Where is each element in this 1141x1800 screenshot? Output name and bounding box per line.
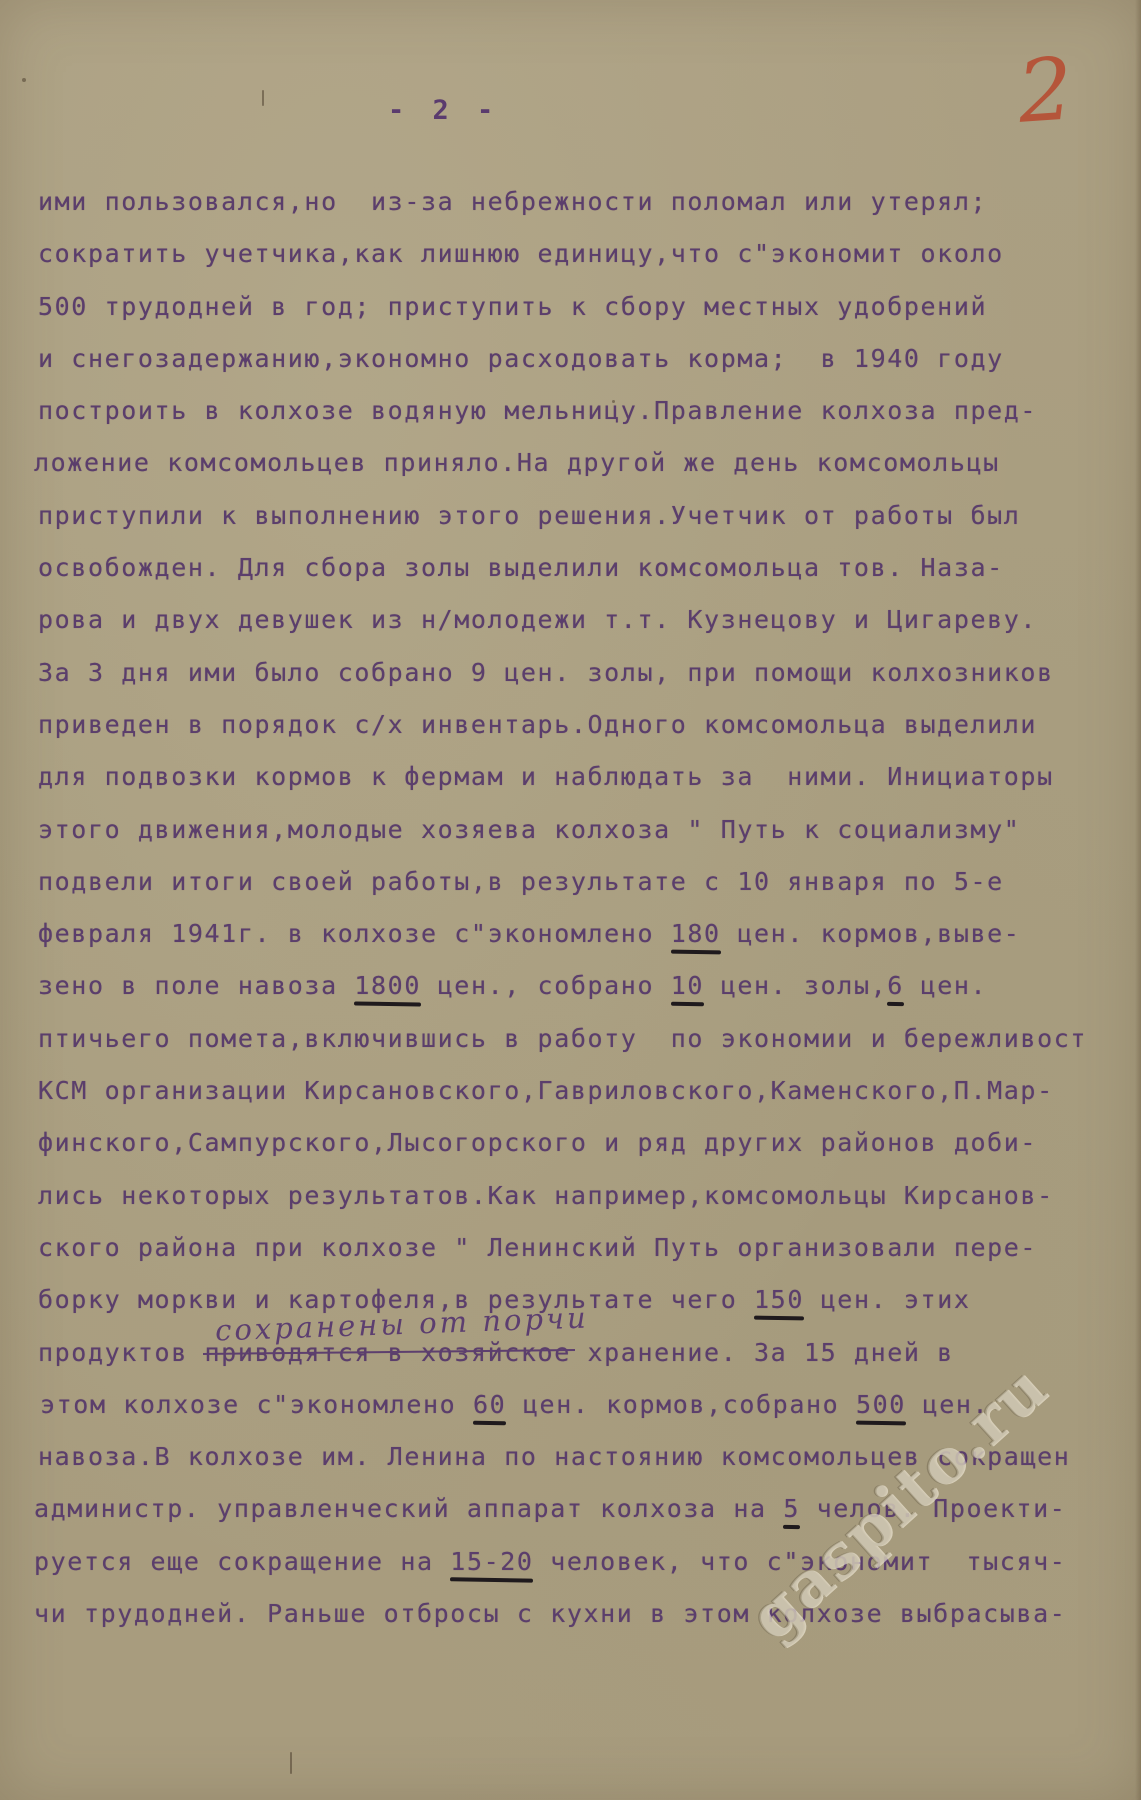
paper-speck [262,90,264,106]
text-segment: зено в поле навоза [38,971,354,1000]
text-line: лись некоторых результатов.Как например,… [38,1170,1138,1222]
text-segment: руется еще сокращение на [34,1547,450,1576]
paper-speck [22,78,26,82]
text-line: ими пользовался,но из-за небрежности пол… [38,176,1138,228]
text-segment: цен., собрано [421,971,671,1000]
text-line: ложение комсомольцев приняло.На другой ж… [34,437,1134,489]
text-line: и снегозадержанию,экономно расходовать к… [38,333,1138,385]
underlined-figure: 10 [671,960,704,1012]
text-line-underlined: февраля 1941г. в колхозе с"экономлено 18… [38,908,1138,960]
text-segment: этом колхозе с"экономлено [40,1390,473,1419]
text-line: этого движения,молодые хозяева колхоза "… [38,804,1138,856]
paper-speck [290,1752,292,1774]
text-segment: цен. этих [804,1285,971,1314]
underlined-figure: 150 [754,1274,804,1326]
text-segment: цен. кормов,собрано [506,1390,856,1419]
text-line: рова и двух девушек из н/молодежи т.т. К… [38,594,1138,646]
typed-page-number: - 2 - [388,95,499,126]
text-segment: цен. золы, [704,971,887,1000]
text-line: 500 трудодней в год; приступить к сбору … [38,281,1138,333]
text-line: построить в колхозе водяную мельницу.Пра… [38,385,1138,437]
text-line: приступили к выполнению этого решения.Уч… [38,490,1138,542]
underlined-figure: 6 [887,960,904,1012]
text-line: сократить учетчика,как лишнюю единицу,чт… [38,228,1138,280]
document-page: - 2 - 2 ими пользовался,но из-за небрежн… [0,0,1141,1800]
text-line: подвели итоги своей работы,в результате … [38,856,1138,908]
text-segment: продуктов [38,1338,205,1367]
handwritten-folio-number: 2 [1015,46,1076,136]
text-line-underlined: администр. управленческий аппарат колхоз… [34,1483,1134,1535]
text-line: птичьего помета,включившись в работу по … [38,1013,1138,1065]
underlined-figure: 180 [671,908,721,960]
text-segment: хранение. За 15 дней в [571,1338,954,1367]
text-line: приведен в порядок с/х инвентарь.Одного … [38,699,1138,751]
text-segment: февраля 1941г. в колхозе с"экономлено [38,919,671,948]
text-line: КСМ организации Кирсановского,Гавриловск… [38,1065,1138,1117]
text-line: для подвозки кормов к фермам и наблюдать… [38,751,1138,803]
text-line: ского района при колхозе " Ленинский Пут… [38,1222,1138,1274]
text-line: финского,Сампурского,Лысогорского и ряд … [38,1117,1138,1169]
text-segment: цен. кормов,выве- [721,919,1021,948]
text-line-underlined: руется еще сокращение на 15-20 человек, … [34,1536,1134,1588]
underlined-figure: 5 [783,1483,800,1535]
underlined-figure: 1800 [354,960,421,1012]
text-segment: цен. [904,971,987,1000]
text-line: чи трудодней. Раньше отбросы с кухни в э… [34,1588,1134,1640]
underlined-figure: 15-20 [450,1536,533,1588]
text-line: За 3 дня ими было собрано 9 цен. золы, п… [38,647,1138,699]
underlined-figure: 500 [856,1379,906,1431]
text-line-underlined: зено в поле навоза 1800 цен., собрано 10… [38,960,1138,1012]
text-line: освобожден. Для сбора золы выделили комс… [38,542,1138,594]
paper-speck [612,400,615,403]
underlined-figure: 60 [473,1379,506,1431]
text-segment: администр. управленческий аппарат колхоз… [34,1494,783,1523]
